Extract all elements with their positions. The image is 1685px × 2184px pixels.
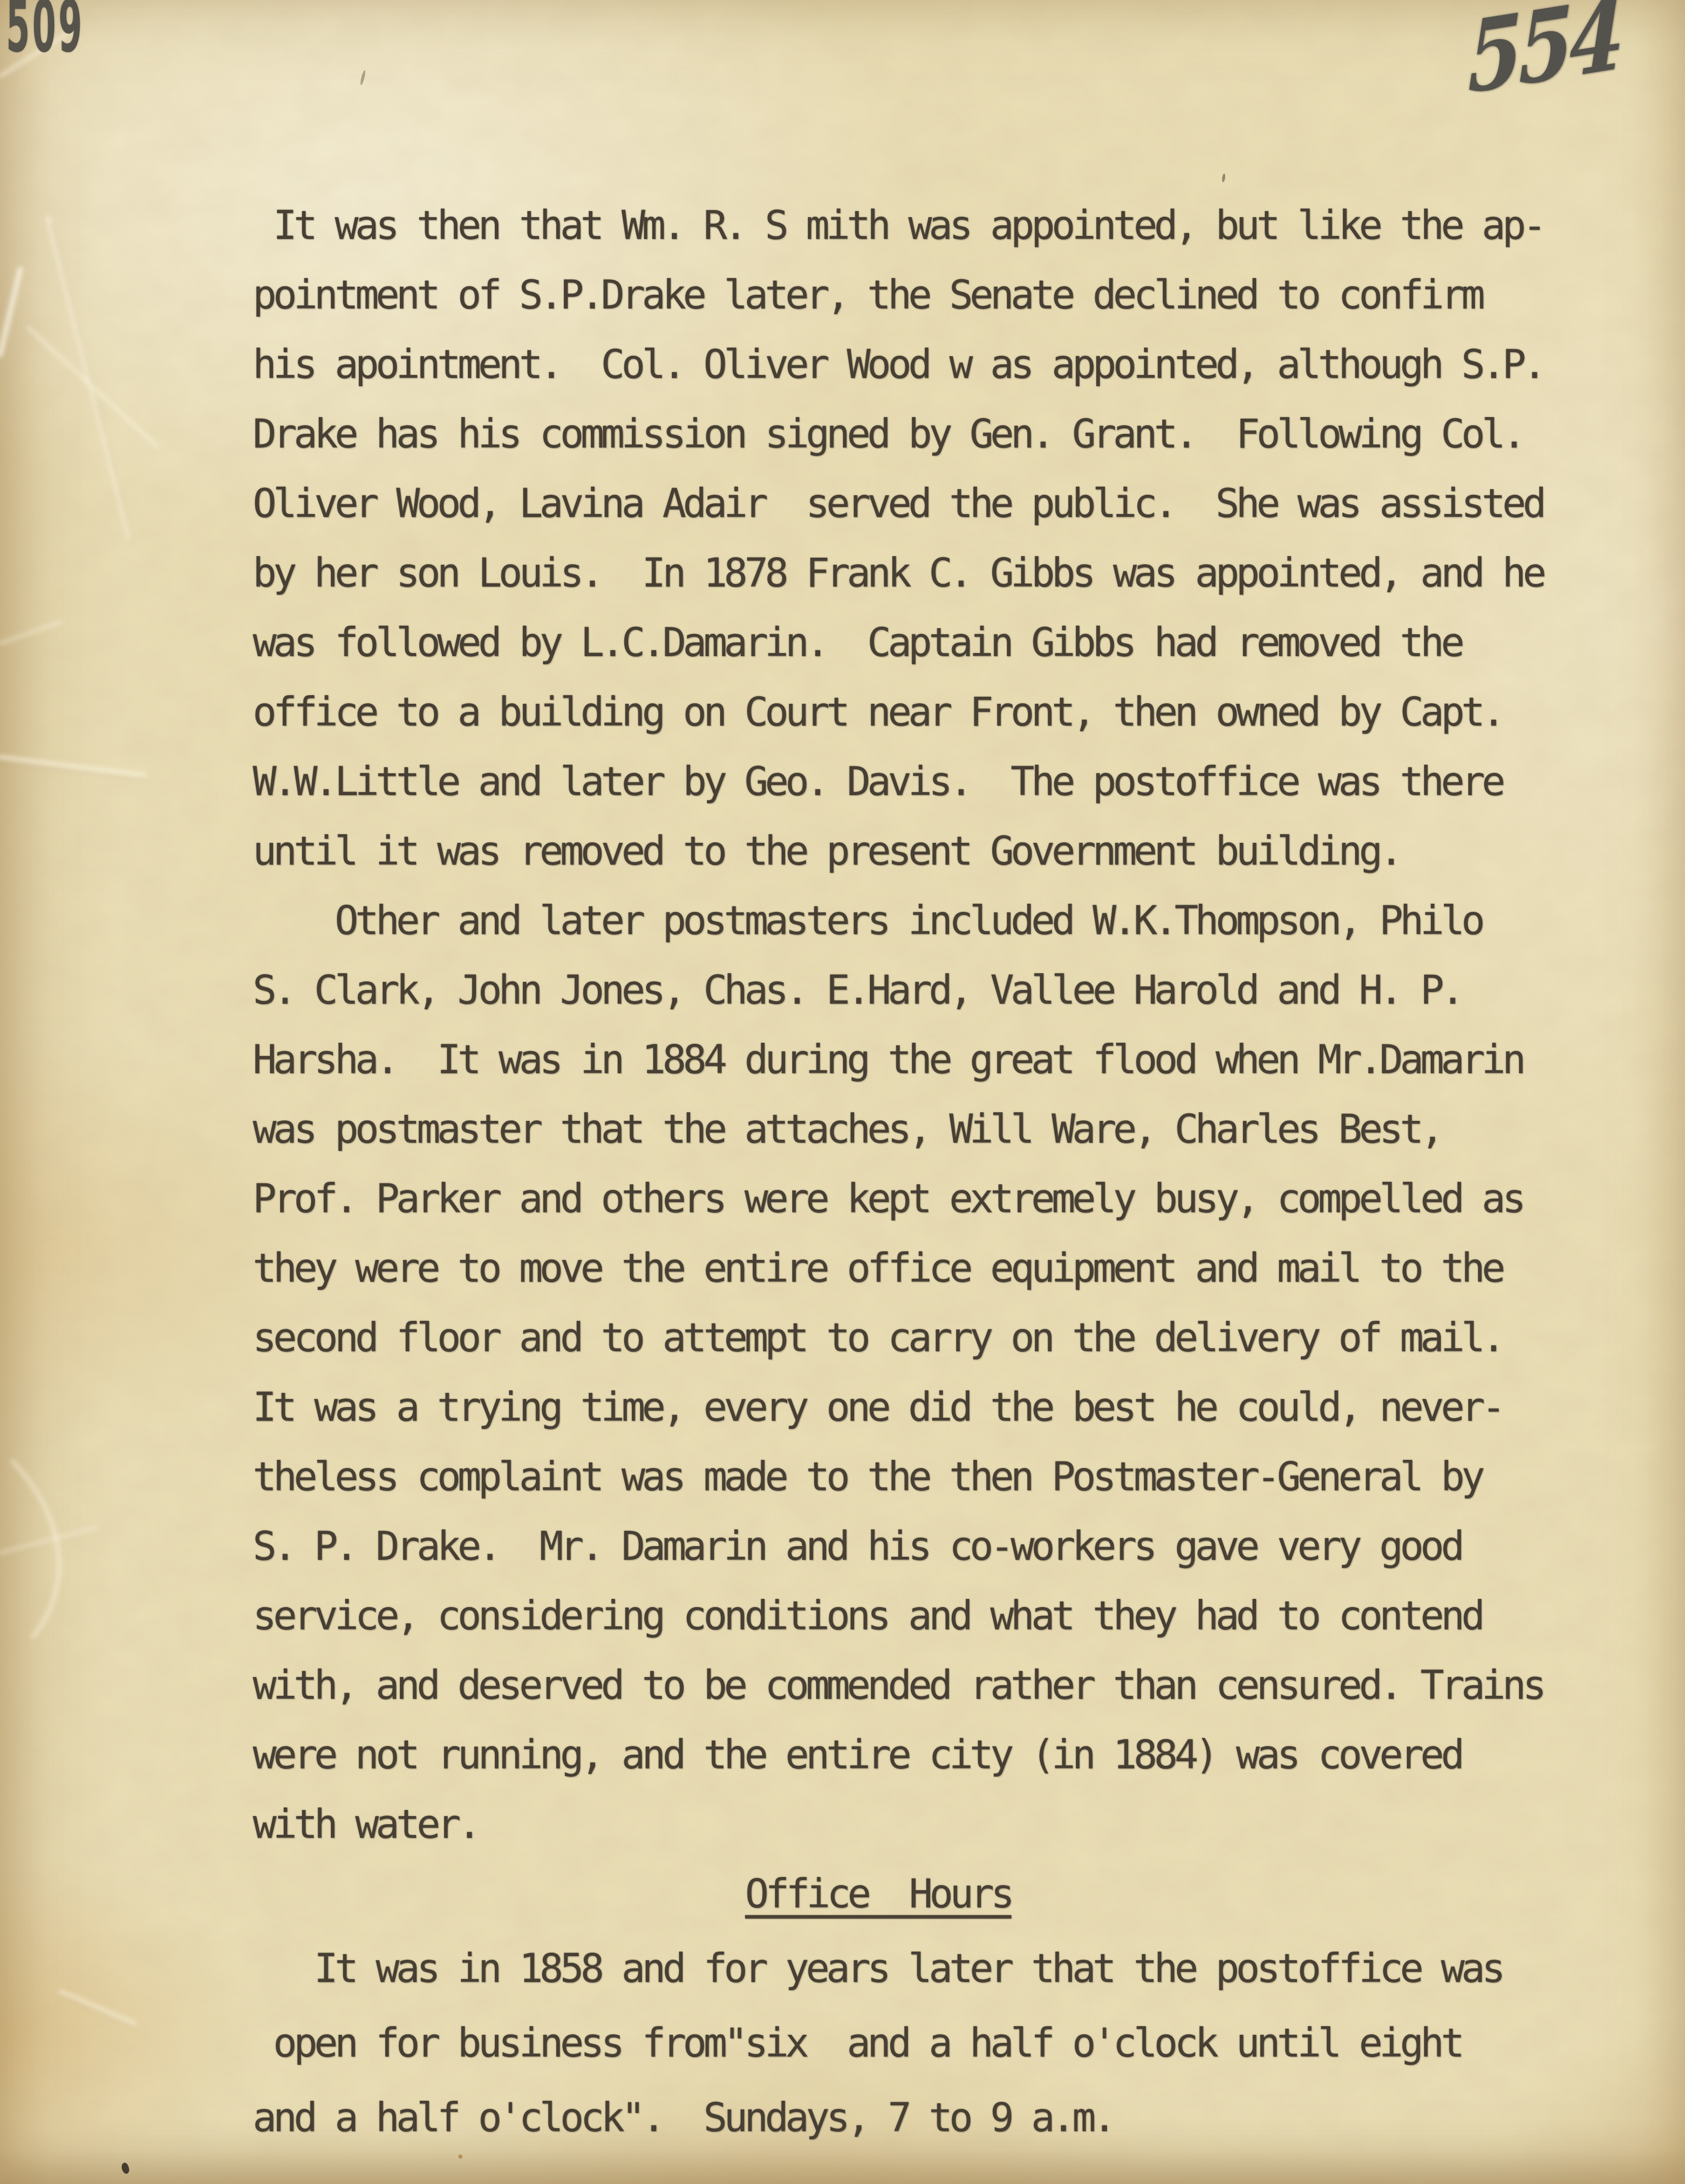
- typed-line: service, considering conditions and what…: [253, 1596, 1482, 1636]
- typed-line: S. P. Drake. Mr. Damarin and his co-work…: [253, 1527, 1461, 1566]
- typed-line: Oliver Wood, Lavina Adair served the pub…: [253, 484, 1543, 524]
- typed-line: Harsha. It was in 1884 during the great …: [253, 1040, 1523, 1080]
- typed-line: with water.: [253, 1805, 478, 1845]
- typed-line: until it was removed to the present Gove…: [253, 832, 1400, 871]
- typed-line: pointment of S.P.Drake later, the Senate…: [253, 276, 1482, 315]
- document-page: 509 554 It was then that Wm. R. S mith w…: [0, 0, 1685, 2184]
- rust-speck: [458, 2155, 462, 2159]
- typed-line: they were to move the entire office equi…: [253, 1249, 1502, 1288]
- typed-line: open for business from"six and a half o'…: [253, 2024, 1461, 2063]
- typed-line: office to a building on Court near Front…: [253, 693, 1502, 732]
- typed-line: Drake has his commission signed by Gen. …: [253, 415, 1523, 454]
- typed-line: Prof. Parker and others were kept extrem…: [253, 1179, 1523, 1219]
- ink-speck: [120, 2162, 130, 2175]
- ink-speck: [872, 1135, 874, 1137]
- typed-line: were not running, and the entire city (i…: [253, 1735, 1461, 1775]
- paper-texture: [0, 0, 1685, 2184]
- typed-line: S. Clark, John Jones, Chas. E.Hard, Vall…: [253, 971, 1461, 1010]
- typed-line: It was a trying time, every one did the …: [253, 1388, 1502, 1427]
- typed-line: Other and later postmasters included W.K…: [253, 901, 1482, 941]
- typed-line: was postmaster that the attaches, Will W…: [253, 1110, 1441, 1149]
- typed-line: and a half o'clock". Sundays, 7 to 9 a.m…: [253, 2098, 1113, 2138]
- typed-line: his apointment. Col. Oliver Wood w as ap…: [253, 345, 1543, 385]
- typed-line: second floor and to attempt to carry on …: [253, 1318, 1502, 1358]
- typed-line: It was then that Wm. R. S mith was appoi…: [253, 206, 1543, 246]
- typed-line: was followed by L.C.Damarin. Captain Gib…: [253, 623, 1461, 663]
- typed-line: It was in 1858 and for years later that …: [253, 1949, 1502, 1989]
- ink-speck: [1222, 174, 1226, 183]
- typed-line: with, and deserved to be commended rathe…: [253, 1666, 1543, 1705]
- printed-page-number: 509: [6, 0, 85, 63]
- typed-line: theless complaint was made to the then P…: [253, 1457, 1482, 1497]
- handwritten-page-number: 554: [1468, 0, 1620, 108]
- section-heading: Office Hours: [745, 1874, 1012, 1914]
- ink-speck: [359, 70, 366, 86]
- typed-line: W.W.Little and later by Geo. Davis. The …: [253, 762, 1502, 802]
- typed-line: by her son Louis. In 1878 Frank C. Gibbs…: [253, 554, 1543, 593]
